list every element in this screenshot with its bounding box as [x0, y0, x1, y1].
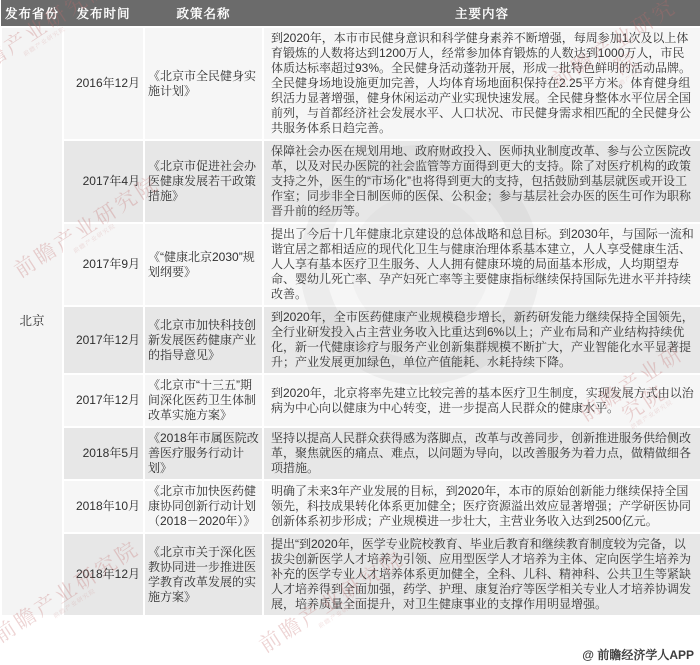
content-cell: 明确了未来3年产业发展的目标，到2020年，本市的原始创新能力继续保持全国领先，…: [263, 480, 700, 533]
policy-row: 2017年4月 《北京市促进社会办医健康发展若干政策措施》 保障社会办医在规划用…: [1, 140, 700, 223]
content-cell: 保障社会办医在规划用地、政府财政投入、医师执业制度改革、参与公立医院改革，以及对…: [263, 140, 700, 223]
policy-name-cell: 《北京市加快医药健康协同创新行动计划（2018－2020年）》: [144, 480, 263, 533]
col-header-province: 发布省份: [1, 0, 63, 27]
province-cell: 北京: [1, 27, 63, 616]
policy-name-cell: 《2018年市属医院改善医疗服务行动计划》: [144, 427, 263, 480]
col-header-content: 主要内容: [263, 0, 700, 27]
content-cell: 提出了今后十几年健康北京建设的总体战略和总目标。到2030年，与国际一流和谐宜居…: [263, 223, 700, 306]
date-cell: 2018年10月: [63, 480, 144, 533]
content-cell: 提出“到2020年，医学专业院校教育、毕业后教育和继续教育制度较为完备，以拔尖创…: [263, 533, 700, 616]
date-cell: 2017年12月: [63, 306, 144, 374]
date-cell: 2017年4月: [63, 140, 144, 223]
beijing-policy-table: 发布省份 发布时间 政策名称 主要内容 北京 2016年12月 《北京市全民健身…: [0, 0, 700, 617]
policy-name-cell: 《北京市全民健身实施计划》: [144, 27, 263, 140]
content-cell: 到2020年，北京将率先建立比较完善的基本医疗卫生制度，实现发展方式由以治病为中…: [263, 374, 700, 427]
policy-row: 北京 2016年12月 《北京市全民健身实施计划》 到2020年，本市市民健身意…: [1, 27, 700, 140]
policy-name-cell: 《北京市加快科技创新发展医药健康产业的指导意见》: [144, 306, 263, 374]
date-cell: 2016年12月: [63, 27, 144, 140]
policy-name-cell: 《北京市促进社会办医健康发展若干政策措施》: [144, 140, 263, 223]
policy-row: 2018年12月 《北京市关于深化医教协同进一步推进医学教育改革发展的实施方案》…: [1, 533, 700, 616]
date-cell: 2017年9月: [63, 223, 144, 306]
content-cell: 坚持以提高人民群众获得感为落脚点，改革与改善同步，创新推进服务供给侧改革，聚焦就…: [263, 427, 700, 480]
policy-name-cell: 《“健康北京2030”规划纲要》: [144, 223, 263, 306]
date-cell: 2018年12月: [63, 533, 144, 616]
date-cell: 2018年5月: [63, 427, 144, 480]
table-header: 发布省份 发布时间 政策名称 主要内容: [1, 0, 700, 27]
date-cell: 2017年12月: [63, 374, 144, 427]
policy-table-page: 发布省份 发布时间 政策名称 主要内容 北京 2016年12月 《北京市全民健身…: [0, 0, 700, 665]
policy-name-cell: 《北京市关于深化医教协同进一步推进医学教育改革发展的实施方案》: [144, 533, 263, 616]
col-header-policy-name: 政策名称: [144, 0, 263, 27]
content-cell: 到2020年，本市市民健身意识和科学健身素养不断增强，每周参加1次及以上体育锻炼…: [263, 27, 700, 140]
credit-line: @ 前瞻经济学人APP: [582, 646, 694, 663]
policy-row: 2018年10月 《北京市加快医药健康协同创新行动计划（2018－2020年）》…: [1, 480, 700, 533]
header-row: 发布省份 发布时间 政策名称 主要内容: [1, 0, 700, 27]
policy-row: 2017年12月 《北京市“十三五”期间深化医药卫生体制改革实施方案》 到202…: [1, 374, 700, 427]
policy-row: 2017年9月 《“健康北京2030”规划纲要》 提出了今后十几年健康北京建设的…: [1, 223, 700, 306]
policy-row: 2017年12月 《北京市加快科技创新发展医药健康产业的指导意见》 到2020年…: [1, 306, 700, 374]
policy-name-cell: 《北京市“十三五”期间深化医药卫生体制改革实施方案》: [144, 374, 263, 427]
policy-row: 2018年5月 《2018年市属医院改善医疗服务行动计划》 坚持以提高人民群众获…: [1, 427, 700, 480]
col-header-date: 发布时间: [63, 0, 144, 27]
content-cell: 到2020年，全市医药健康产业规模稳步增长，新药研发能力继续保持全国领先，全行业…: [263, 306, 700, 374]
